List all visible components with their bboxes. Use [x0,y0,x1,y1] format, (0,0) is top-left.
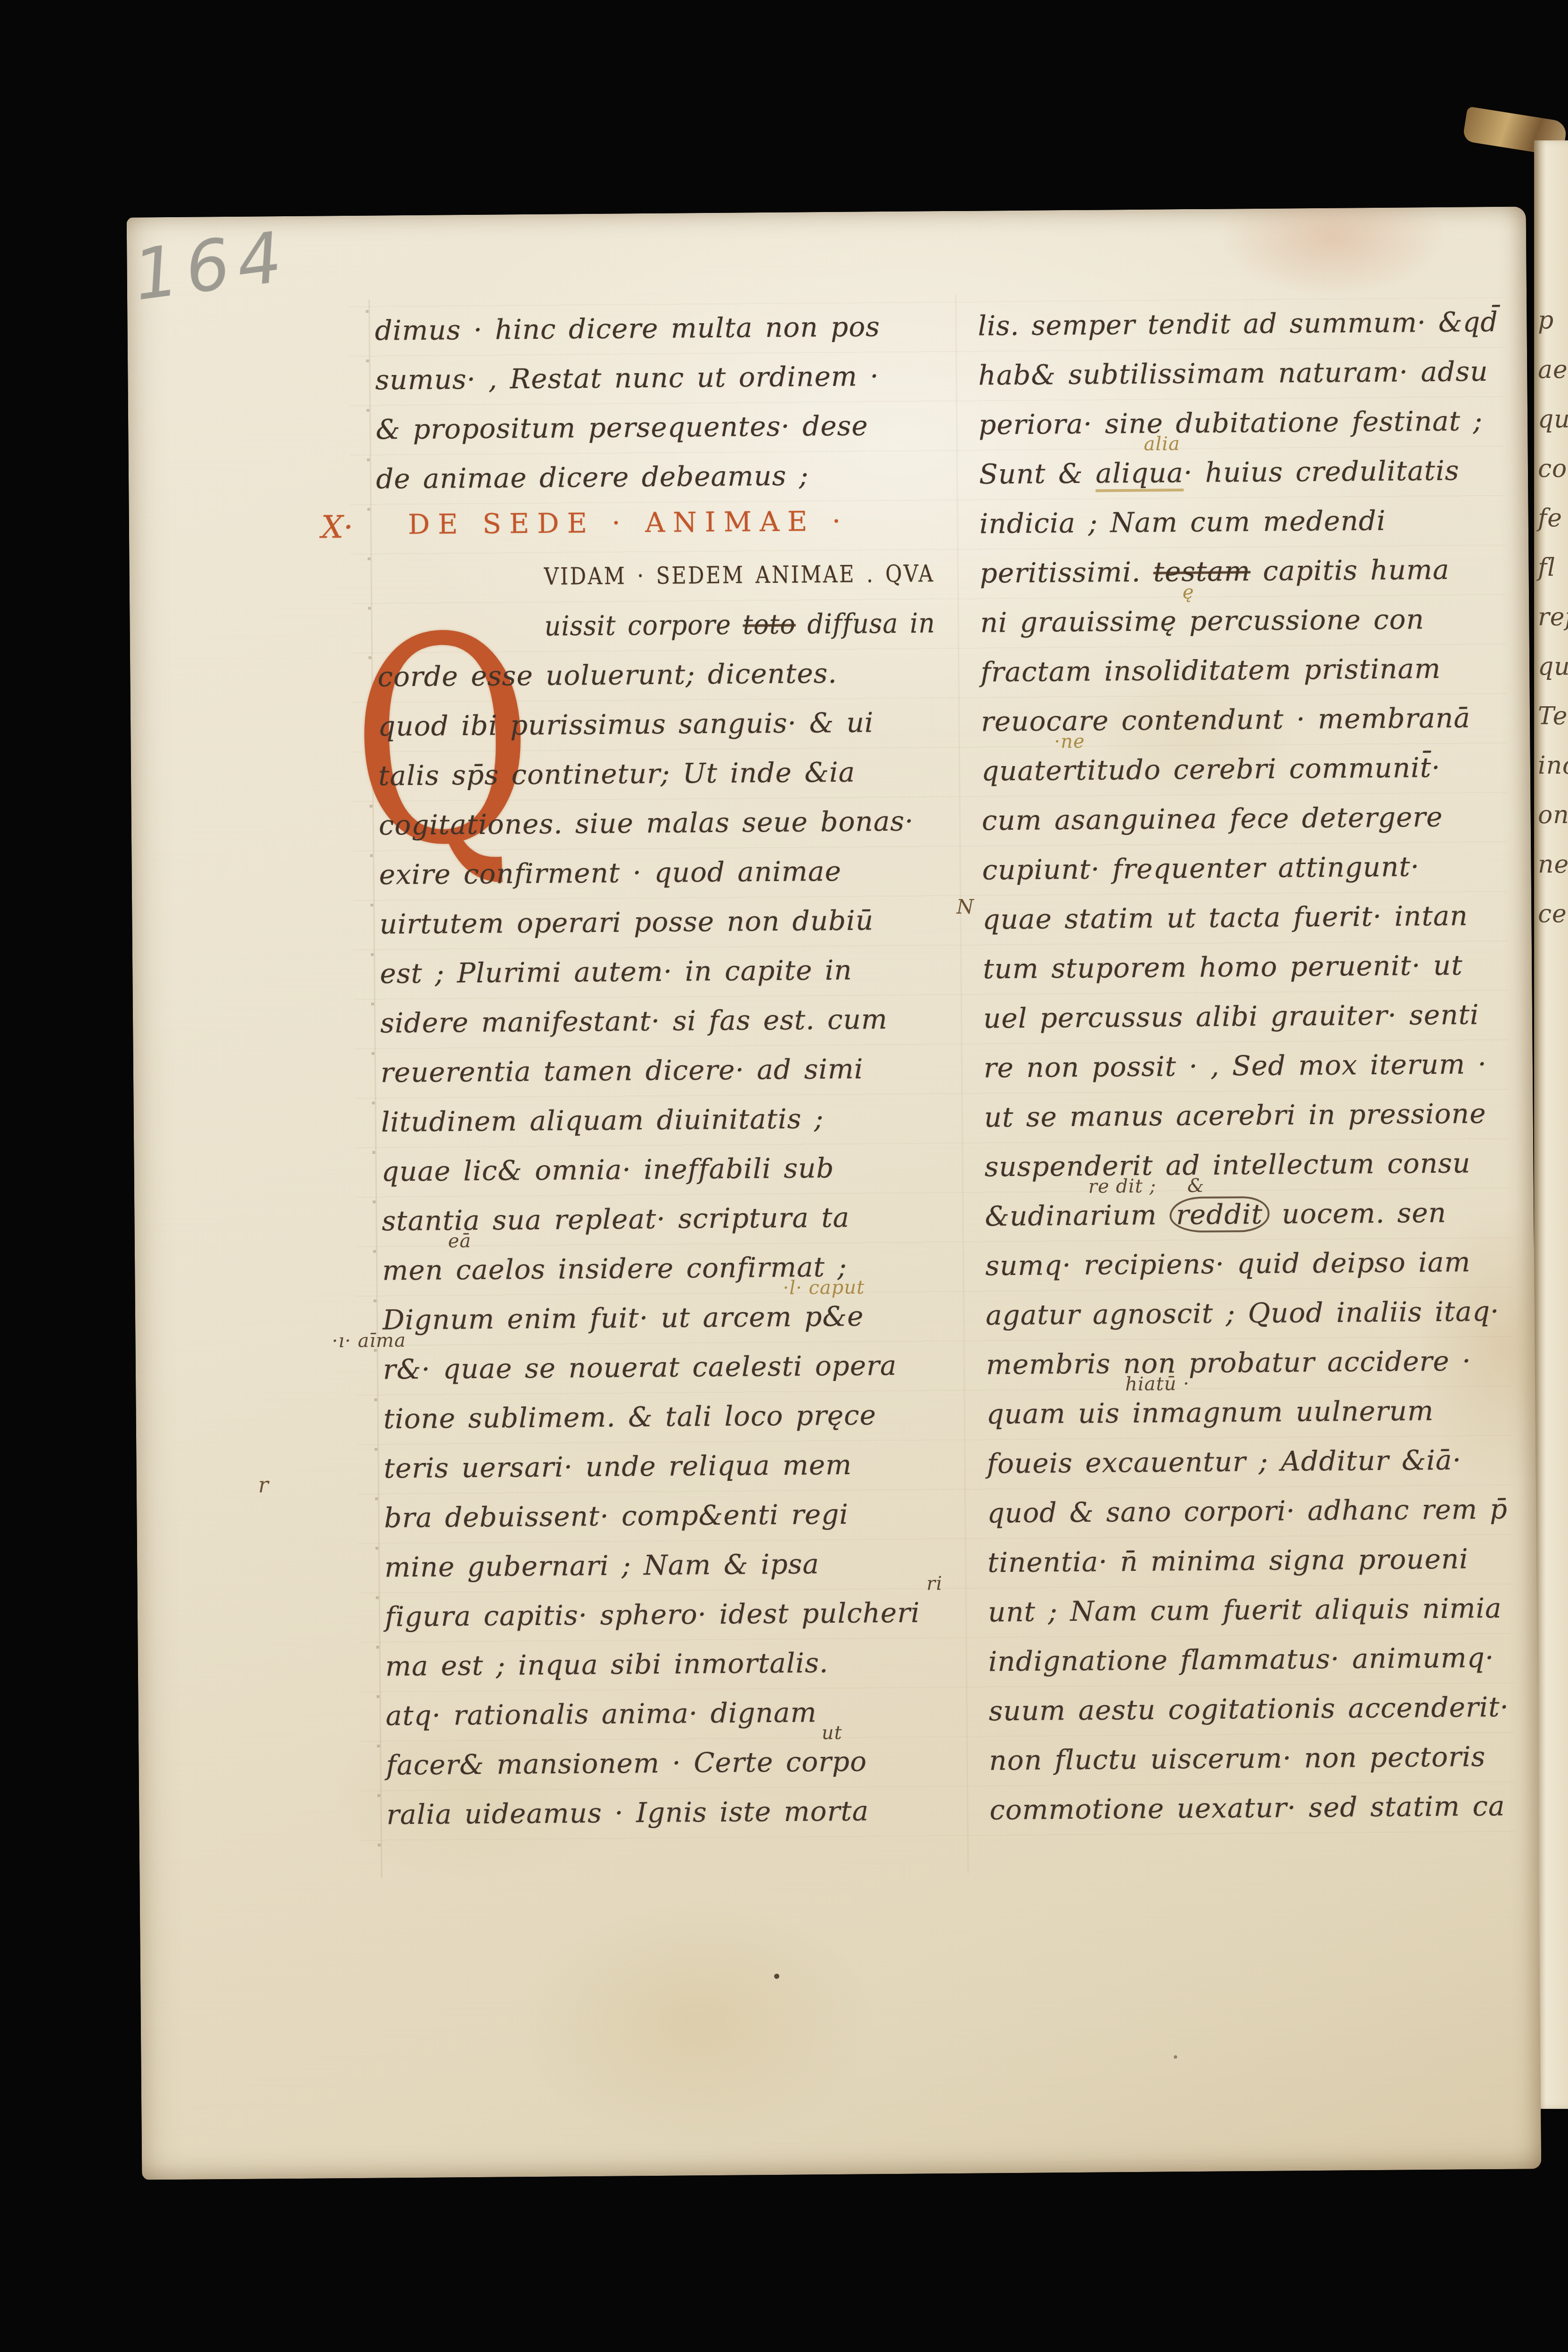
margin-mark: r [258,1472,269,1497]
text-line: r&· quae se nouerat caelesti opera [383,1350,897,1385]
text-line: &udinarium reddit uocem. sen [985,1198,1446,1232]
edge-fragment: ref [1538,603,1568,631]
ink-speck [1174,2055,1177,2058]
edge-fragment: ino [1538,751,1568,780]
chapter-numeral: X· [321,509,354,546]
text-line: non fluctu uiscerum· non pectoris [989,1741,1486,1775]
interlinear-gloss: hiatū · [1125,1373,1190,1395]
text-line: indignatione flammatus· animumq· [988,1642,1494,1676]
ink-speck [774,1974,779,1979]
text-line: tinentia· n̄ minima signa proueni [988,1543,1469,1577]
text-line: mine gubernari ; Nam & ipsa [384,1549,819,1582]
text-line: uel percussus alibi grauiter· senti [983,999,1479,1033]
edge-fragment: qu [1538,405,1568,433]
text-line: ralia uideamus · Ignis iste morta [386,1796,869,1829]
text-line: indicia ; Nam cum medendi [980,506,1386,539]
parchment-stains [127,206,1542,2180]
text-line: & propositum persequentes· dese [376,410,868,444]
text-line: atq· rationalis anima· dignam [385,1697,817,1731]
display-capitals-line: VIDAM · SEDEM ANIMAE . QVA [544,558,999,592]
text-line: periora· sine dubitatione festinat ; [979,406,1483,440]
edge-fragment: ceu [1538,900,1568,928]
text-line: ut se manus acerebri in pressione [984,1098,1486,1132]
text-line: suspenderit ad intellectum consu [984,1148,1470,1182]
text-line: re non possit · , Sed mox iterum · [984,1049,1487,1083]
text-line: dimus · hinc dicere multa non pos [375,311,880,345]
edge-fragment: fl [1538,554,1556,582]
text-line: foueis excauentur ; Additur &iā· [987,1445,1462,1479]
text-line: facer& mansionem · Certe corpo [386,1746,867,1780]
margin-mark: N [956,895,974,918]
text-line: quae statim ut tacta fuerit· intan [982,900,1468,934]
text-line: cum asanguinea fece detergere [982,802,1443,836]
text-line: quatertitudo cerebri communit̄· [981,752,1441,786]
text-line: quae lic& omnia· ineffabili sub [381,1153,834,1187]
text-line: agatur agnoscit ; Quod inaliis itaq· [986,1296,1500,1331]
interlinear-gloss: & [1187,1175,1205,1197]
text-line: quod ibi purissimus sanguis· & ui [378,707,874,741]
text-line: corde esse uoluerunt; dicentes. [377,658,837,692]
interlinear-gloss: alia [1143,433,1180,455]
interlinear-gloss: re dit ; [1088,1176,1157,1198]
text-line: Dignum enim fuit· ut arcem p&e [383,1301,864,1335]
text-line: peritissimi. testam capitis huma [980,555,1449,588]
text-line: fractam insoliditatem pristinam [980,653,1441,687]
edge-fragment: co [1538,455,1567,483]
parchment-page: 164 X· DE SEDE · ANIMAE · Q dimus · hinc… [127,206,1542,2180]
text-line: ma est ; inqua sibi inmortalis. [385,1648,829,1681]
text-line: quod & sano corpori· adhanc rem p̄ [987,1494,1515,1528]
interlinear-gloss: ri [926,1573,942,1594]
text-line: est ; Plurimi autem· in capite in [380,955,852,989]
text-line: Sunt & aliqua· huius credulitatis [979,456,1460,490]
edge-fragment: one [1538,801,1568,829]
interlinear-gloss: ę [1183,581,1194,603]
text-line: unt ; Nam cum fuerit aliquis nimia [988,1593,1502,1627]
interlinear-gloss: ·l· caput [783,1276,865,1298]
text-line: ni grauissimę percussione con [980,604,1424,637]
interlinear-gloss: ut [822,1722,842,1744]
edge-fragment: ne [1538,850,1568,879]
text-line: suum aestu cogitationis accenderit· [988,1692,1509,1726]
prick-marks [366,310,381,1874]
text-line: hab& subtilissimam naturam· adsu [978,356,1488,390]
text-line: commotione uexatur· sed statim ca [989,1791,1505,1825]
text-line: cupiunt· frequenter attingunt· [982,851,1420,885]
text-line: lis. semper tendit ad summum· &qd̄ [978,307,1507,341]
edge-fragment: qua [1538,653,1568,681]
text-line: figura capitis· sphero· idest pulcheri [385,1598,920,1632]
text-line: sumus· , Restat nunc ut ordinem · [375,361,879,395]
edge-fragment: p [1538,306,1554,335]
initial-q: Q [347,596,538,889]
text-line: de animae dicere debeamus ; [376,460,809,494]
under-mark: aliqua [1095,457,1184,492]
text-line: uissit corpore toto diffusa in [544,608,964,641]
strike-mark: testam [1153,555,1250,588]
text-line: uirtutem operari posse non dubiū [379,905,874,939]
edge-fragment: fe [1538,504,1562,532]
interlinear-gloss: ·ne [1054,731,1085,753]
intercolumn-ruling-line [955,295,969,1873]
strike-mark: toto [743,608,796,641]
text-line: cogitationes. siue malas seue bonas· [379,806,914,841]
text-line: talis sp̄s continetur; Ut inde &ia [378,757,856,791]
text-line: bra debuissent· comp&enti regi [384,1499,849,1533]
text-line: tione sublimem. & tali loco pręce [383,1400,876,1434]
margin-ruling-line [368,300,382,1878]
text-line: exire confirment · quod animae [379,856,841,890]
text-line: litudinem aliquam diuinitatis ; [381,1103,824,1137]
edge-fragment: ae [1538,356,1568,384]
text-line: sumq· recipiens· quid deipso iam [985,1247,1471,1281]
chapter-heading: DE SEDE · ANIMAE · [408,505,849,540]
interlinear-gloss: ·ı· aīma [332,1330,406,1352]
edge-fragment: Ten [1538,702,1568,730]
text-line: reuerentia tamen dicere· ad simi [381,1054,864,1088]
text-line: teris uersari· unde reliqua mem [384,1450,852,1484]
manuscript-photo: paequcofeflrefquaTeninooneneceu 164 X· D… [0,0,1568,2352]
text-line: men caelos insidere confirmat ; [382,1252,847,1286]
next-page-edge: paequcofeflrefquaTeninooneneceu [1534,140,1568,2109]
folio-number: 164 [129,216,294,316]
box-mark: reddit [1169,1196,1270,1233]
text-line: membris non probatur accidere · [986,1346,1471,1380]
interlinear-gloss: eā [448,1230,472,1252]
text-line: quam uis inmagnum uulnerum [986,1396,1434,1429]
text-line: tum stuporem homo peruenit· ut [983,950,1463,984]
text-line: sidere manifestant· si fas est. cum [380,1004,888,1038]
